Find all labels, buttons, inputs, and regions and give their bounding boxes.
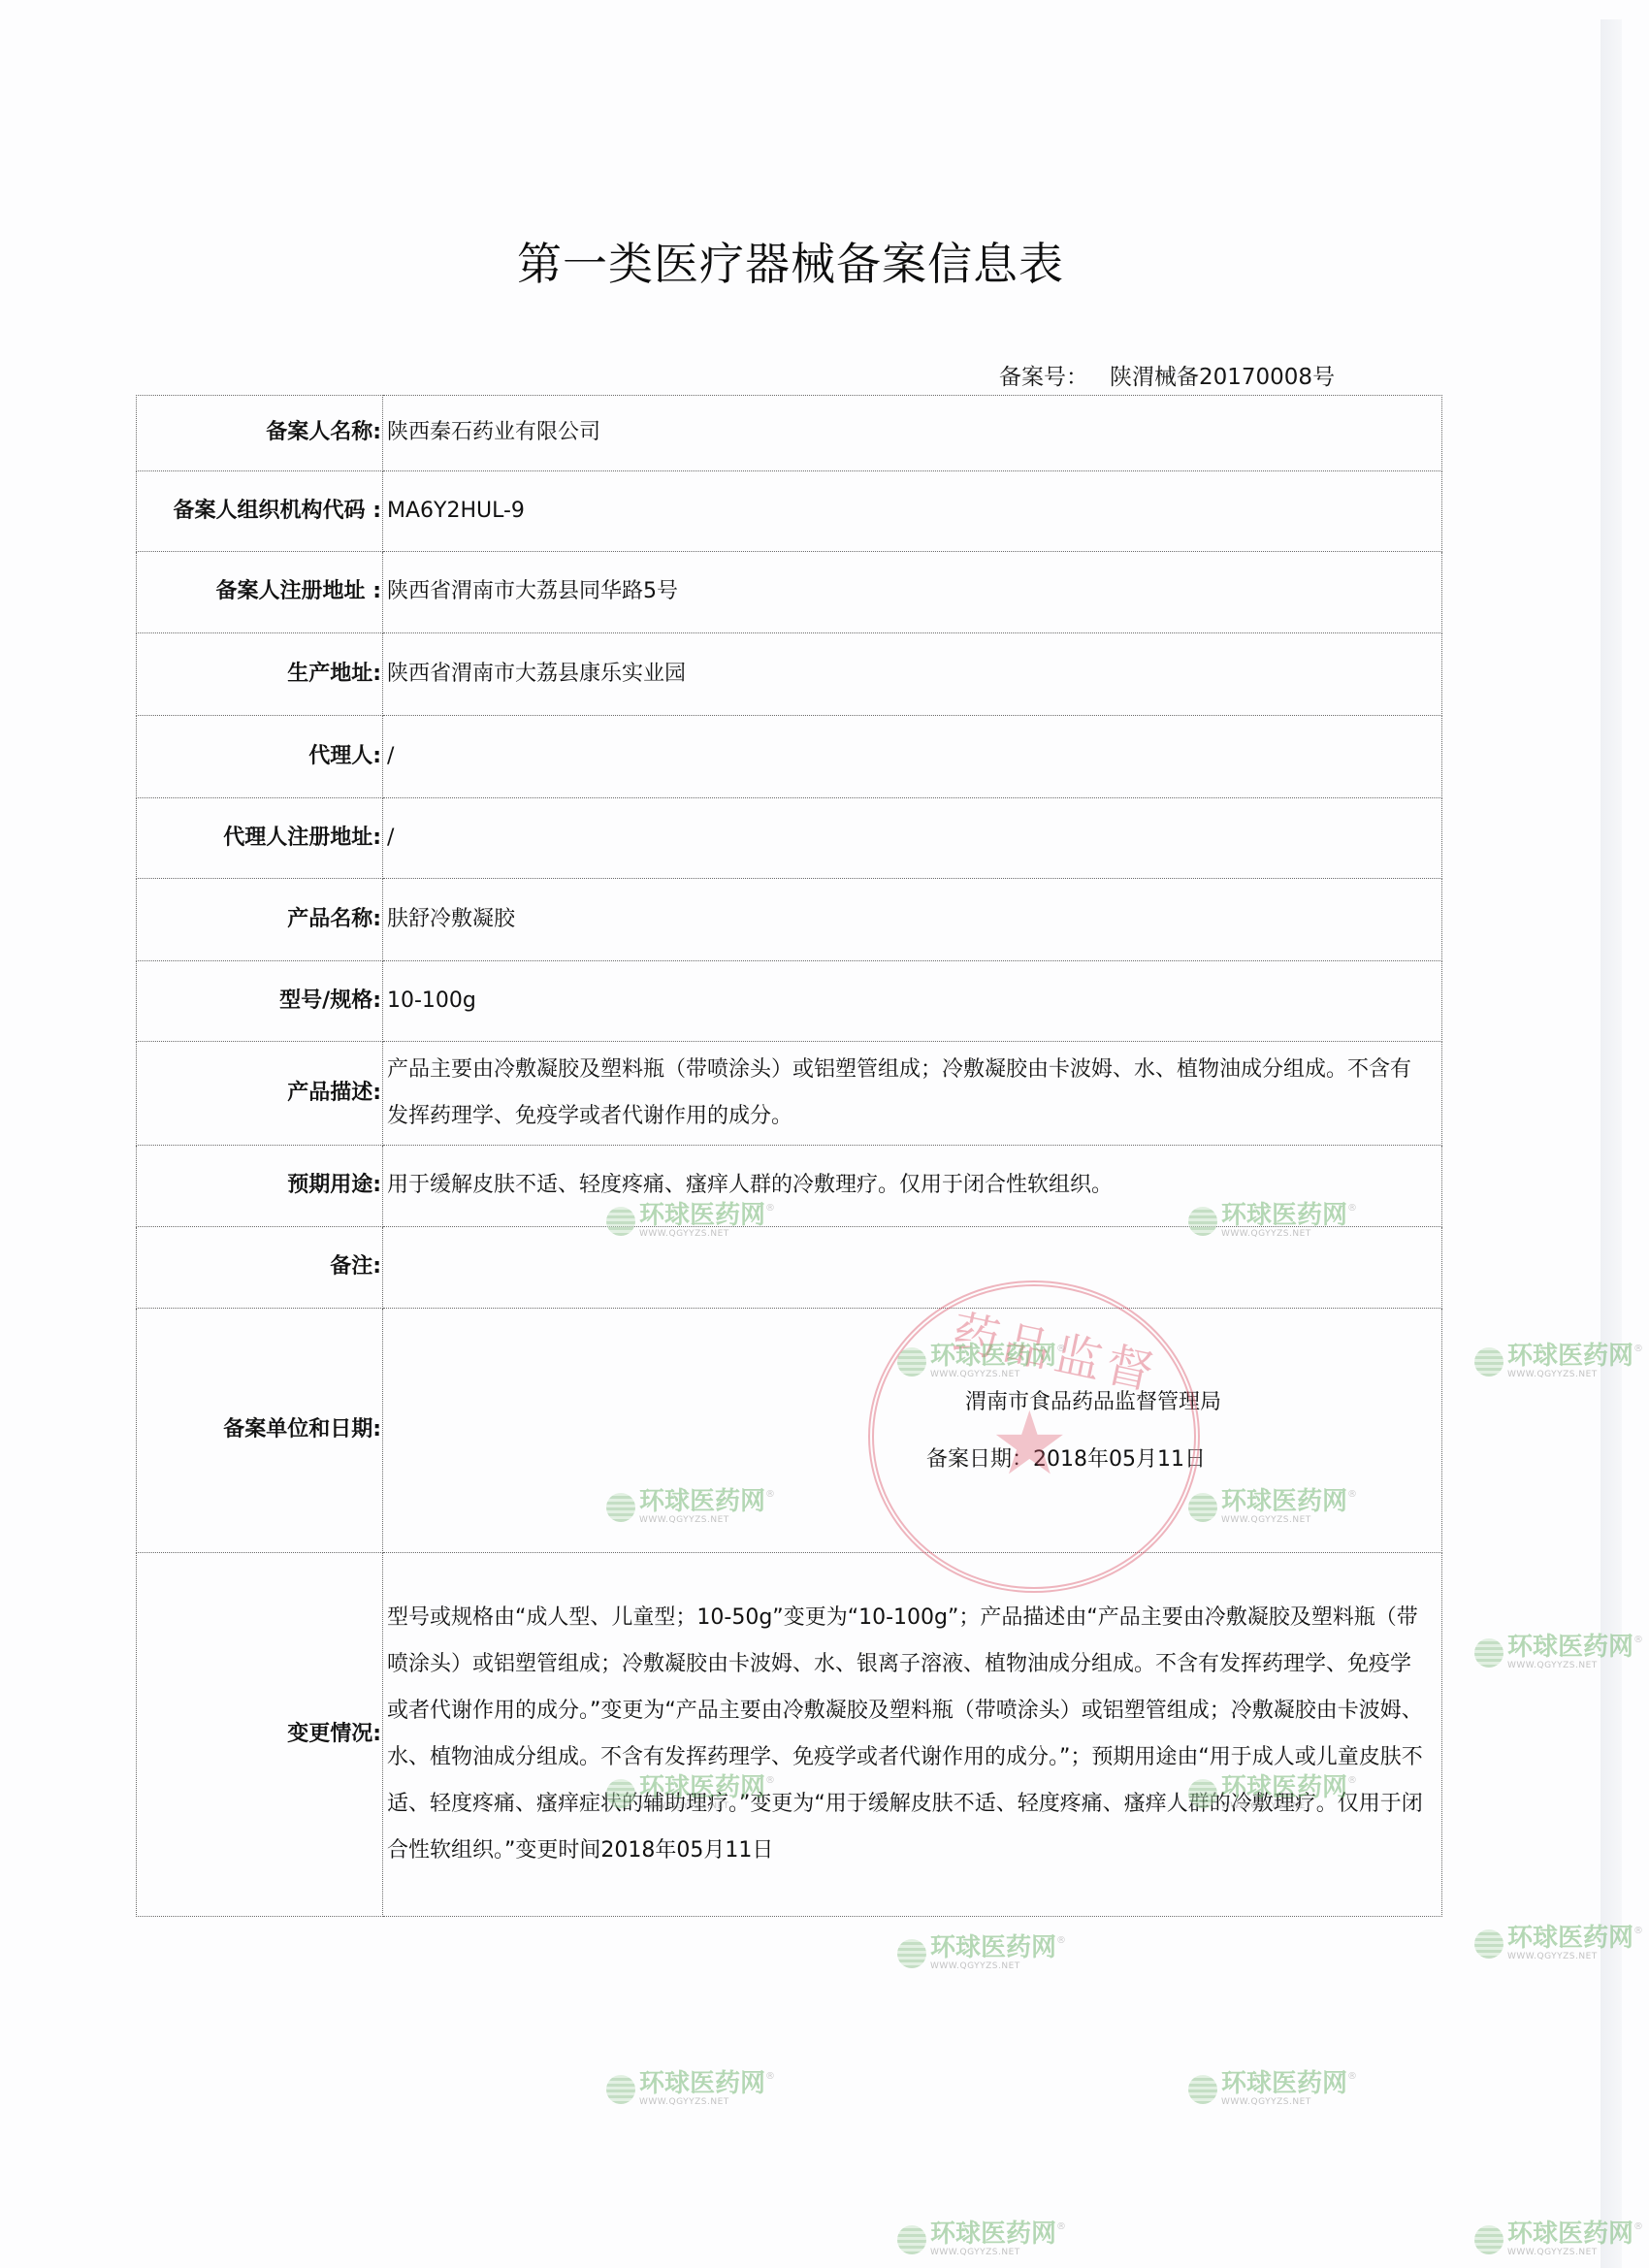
registered-mark: ® xyxy=(1056,2221,1066,2232)
registered-mark: ® xyxy=(765,2071,775,2082)
row-value-product-name: 肤舒冷敷凝胶 xyxy=(383,879,1442,961)
table-row: 生产地址: 陕西省渭南市大荔县康乐实业园 xyxy=(137,633,1442,716)
table-row: 预期用途: 用于缓解皮肤不适、轻度疼痛、瘙痒人群的冷敷理疗。仅用于闭合性软组织。 xyxy=(137,1146,1442,1227)
watermark-cn: 环球医药网 xyxy=(1221,2071,1347,2096)
globe-icon xyxy=(1474,2225,1503,2254)
watermark-cn: 环球医药网 xyxy=(639,2071,765,2096)
row-label-remarks: 备注: xyxy=(137,1227,383,1309)
filing-info-table: 备案人名称: 陕西秦石药业有限公司 备案人组织机构代码 : MA6Y2HUL-9… xyxy=(136,395,1442,1917)
row-value-change-history: 型号或规格由“成人型、儿童型；10-50g”变更为“10-100g”；产品描述由… xyxy=(383,1553,1442,1917)
row-label-agent: 代理人: xyxy=(137,716,383,798)
row-value-model-spec: 10-100g xyxy=(383,961,1442,1042)
row-value-product-description: 产品主要由冷敷凝胶及塑料瓶（带喷涂头）或铝塑管组成；冷敷凝胶由卡波姆、水、植物油… xyxy=(383,1042,1442,1146)
row-label-intended-use: 预期用途: xyxy=(137,1146,383,1227)
table-row: 备案人名称: 陕西秦石药业有限公司 xyxy=(137,396,1442,471)
watermark-cn: 环球医药网 xyxy=(930,2221,1056,2247)
table-row: 备案单位和日期: 渭南市食品药品监督管理局 备案日期：2018年05月11日 xyxy=(137,1309,1442,1553)
row-label-filing-unit-date: 备案单位和日期: xyxy=(137,1309,383,1553)
watermark-en: WWW.QGYYZS.NET xyxy=(639,2098,765,2107)
row-value-agent: / xyxy=(383,716,1442,798)
globe-icon xyxy=(1474,1929,1503,1959)
table-row: 备案人注册地址 : 陕西省渭南市大荔县同华路5号 xyxy=(137,552,1442,633)
registered-mark: ® xyxy=(1633,2221,1643,2232)
globe-icon xyxy=(897,1939,926,1968)
watermark-en: WWW.QGYYZS.NET xyxy=(930,2249,1056,2257)
filing-authority-name: 渭南市食品药品监督管理局 xyxy=(965,1389,1295,1417)
registered-mark: ® xyxy=(1633,1635,1643,1645)
row-value-reg-address: 陕西省渭南市大荔县同华路5号 xyxy=(383,552,1442,633)
table-row: 变更情况: 型号或规格由“成人型、儿童型；10-50g”变更为“10-100g”… xyxy=(137,1553,1442,1917)
row-label-product-name: 产品名称: xyxy=(137,879,383,961)
row-label-org-code: 备案人组织机构代码 : xyxy=(137,471,383,552)
row-value-intended-use: 用于缓解皮肤不适、轻度疼痛、瘙痒人群的冷敷理疗。仅用于闭合性软组织。 xyxy=(383,1146,1442,1227)
watermark-logo: 环球医药网WWW.QGYYZS.NET® xyxy=(606,2071,775,2107)
page-title: 第一类医疗器械备案信息表 xyxy=(0,229,1581,293)
row-value-remarks xyxy=(383,1227,1442,1309)
registered-mark: ® xyxy=(1633,1926,1643,1936)
row-label-product-description: 产品描述: xyxy=(137,1042,383,1146)
table-row: 产品名称: 肤舒冷敷凝胶 xyxy=(137,879,1442,961)
globe-icon xyxy=(1188,2075,1217,2104)
record-number-value: 陕渭械备20170008号 xyxy=(1110,365,1335,390)
table-row: 代理人: / xyxy=(137,716,1442,798)
filing-authority-block: 渭南市食品药品监督管理局 备案日期：2018年05月11日 xyxy=(926,1389,1295,1474)
row-value-production-address: 陕西省渭南市大荔县康乐实业园 xyxy=(383,633,1442,716)
row-label-agent-address: 代理人注册地址: xyxy=(137,798,383,879)
row-value-filer-name: 陕西秦石药业有限公司 xyxy=(383,396,1442,471)
table-row: 型号/规格: 10-100g xyxy=(137,961,1442,1042)
watermark-logo: 环球医药网WWW.QGYYZS.NET® xyxy=(1188,2071,1357,2107)
watermark-cn: 环球医药网 xyxy=(930,1935,1056,1960)
row-value-org-code: MA6Y2HUL-9 xyxy=(383,471,1442,552)
watermark-en: WWW.QGYYZS.NET xyxy=(930,1962,1056,1971)
registered-mark: ® xyxy=(1056,1935,1066,1946)
row-value-agent-address: / xyxy=(383,798,1442,879)
filing-date: 备案日期：2018年05月11日 xyxy=(926,1446,1295,1474)
table-row: 备注: xyxy=(137,1227,1442,1309)
record-number-label: 备案号： xyxy=(999,365,1088,390)
row-label-filer-name: 备案人名称: xyxy=(137,396,383,471)
row-label-production-address: 生产地址: xyxy=(137,633,383,716)
watermark-logo: 环球医药网WWW.QGYYZS.NET® xyxy=(897,1935,1066,1971)
globe-icon xyxy=(1474,1638,1503,1668)
row-label-reg-address: 备案人注册地址 : xyxy=(137,552,383,633)
table-row: 代理人注册地址: / xyxy=(137,798,1442,879)
registered-mark: ® xyxy=(1347,2071,1357,2082)
table-row: 产品描述: 产品主要由冷敷凝胶及塑料瓶（带喷涂头）或铝塑管组成；冷敷凝胶由卡波姆… xyxy=(137,1042,1442,1146)
watermark-logo: 环球医药网WWW.QGYYZS.NET® xyxy=(897,2221,1066,2257)
table-row: 备案人组织机构代码 : MA6Y2HUL-9 xyxy=(137,471,1442,552)
registered-mark: ® xyxy=(1633,1344,1643,1354)
record-number: 备案号：陕渭械备20170008号 xyxy=(999,359,1335,391)
row-label-model-spec: 型号/规格: xyxy=(137,961,383,1042)
row-label-change-history: 变更情况: xyxy=(137,1553,383,1917)
globe-icon xyxy=(606,2075,635,2104)
paper-edge xyxy=(1600,19,1622,2268)
globe-icon xyxy=(1474,1347,1503,1377)
watermark-en: WWW.QGYYZS.NET xyxy=(1221,2098,1347,2107)
row-value-filing-unit-date: 渭南市食品药品监督管理局 备案日期：2018年05月11日 xyxy=(383,1309,1442,1553)
globe-icon xyxy=(897,2225,926,2254)
